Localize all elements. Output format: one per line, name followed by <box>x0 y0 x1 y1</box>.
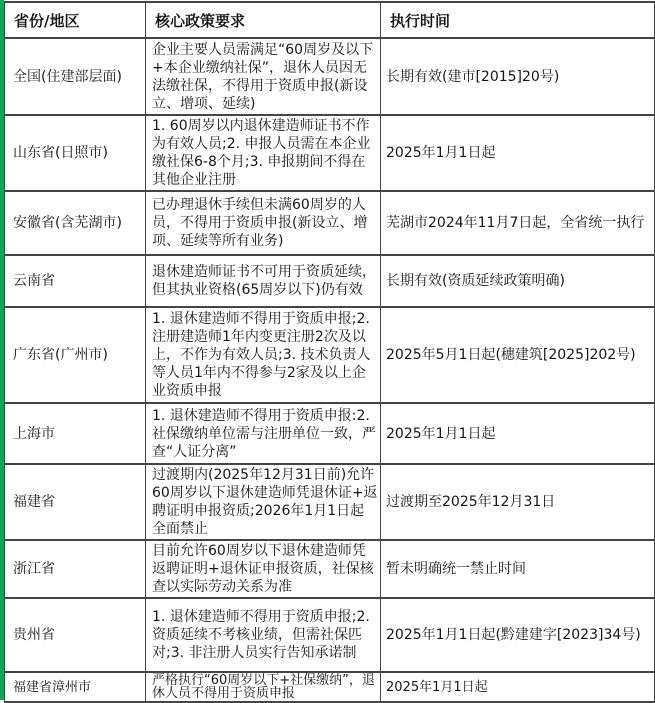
policy-cell: 目前允许60周岁以下退休建造师凭返聘证明+退休证申报资质，社保核查以实际劳动关系… <box>146 540 381 598</box>
region-cell: 安徽省(含芜湖市) <box>5 191 146 255</box>
table-row: 云南省 退休建造师证书不可用于资质延续，但其执业资格(65周岁以下)仍有效 长期… <box>5 255 655 307</box>
table-row: 广东省(广州市) 1. 退休建造师不得用于资质申报;2. 注册建造师1年内变更注… <box>5 307 655 403</box>
header-cell-time: 执行时间 <box>381 2 655 38</box>
table-row: 上海市 1. 退休建造师不得用于资质申报:2. 社保缴纳单位需与注册单位一致，严… <box>5 403 655 464</box>
policy-cell: 1. 60周岁以内退休建造师证书不作为有效人员;2. 申报人员需在本企业缴社保6… <box>146 115 381 191</box>
time-cell: 芜湖市2024年11月7日起，全省统一执行 <box>381 191 655 255</box>
policy-cell: 1. 退休建造师不得用于资质申报;2. 资质延续不考核业绩，但需社保匹对;3. … <box>146 598 381 672</box>
policy-cell: 已办理退休手续但未满60周岁的人员，不得用于资质申报(新设立、增项、延续等所有业… <box>146 191 381 255</box>
time-cell: 长期有效(建市[2015]20号) <box>381 38 655 115</box>
policy-cell: 1. 退休建造师不得用于资质申报:2. 社保缴纳单位需与注册单位一致，严查“人证… <box>146 403 381 464</box>
header-cell-region: 省份/地区 <box>5 2 146 38</box>
time-cell: 长期有效(资质延续政策明确) <box>381 255 655 307</box>
time-cell: 2025年5月1日起(穗建筑[2025]202号) <box>381 307 655 403</box>
time-cell: 暂未明确统一禁止时间 <box>381 540 655 598</box>
table-row: 福建省 过渡期内(2025年12月31日前)允许60周岁以下退休建造师凭退休证+… <box>5 464 655 540</box>
policy-cell: 严格执行“60周岁以下+社保缴纳”，退休人员不得用于资质申报 <box>146 672 381 700</box>
policy-cell: 企业主要人员需满足“60周岁及以下+本企业缴纳社保”，退休人员因无法缴社保，不得… <box>146 38 381 115</box>
table-row: 全国(住建部层面) 企业主要人员需满足“60周岁及以下+本企业缴纳社保”，退休人… <box>5 38 655 115</box>
time-cell: 2025年1月1日起(黔建建字[2023]34号) <box>381 598 655 672</box>
policy-cell: 退休建造师证书不可用于资质延续，但其执业资格(65周岁以下)仍有效 <box>146 255 381 307</box>
time-cell: 过渡期至2025年12月31日 <box>381 464 655 540</box>
time-cell: 2025年1月1日起 <box>381 672 655 700</box>
region-cell: 福建省 <box>5 464 146 540</box>
header-cell-policy: 核心政策要求 <box>146 2 381 38</box>
header-row: 省份/地区 核心政策要求 执行时间 <box>5 2 655 38</box>
region-cell: 浙江省 <box>5 540 146 598</box>
table-row: 安徽省(含芜湖市) 已办理退休手续但未满60周岁的人员，不得用于资质申报(新设立… <box>5 191 655 255</box>
region-cell: 全国(住建部层面) <box>5 38 146 115</box>
policy-table: 省份/地区 核心政策要求 执行时间 全国(住建部层面) 企业主要人员需满足“60… <box>4 1 655 700</box>
table-row: 浙江省 目前允许60周岁以下退休建造师凭返聘证明+退休证申报资质，社保核查以实际… <box>5 540 655 598</box>
time-cell: 2025年1月1日起 <box>381 403 655 464</box>
region-cell: 贵州省 <box>5 598 146 672</box>
time-cell: 2025年1月1日起 <box>381 115 655 191</box>
table-row: 山东省(日照市) 1. 60周岁以内退休建造师证书不作为有效人员;2. 申报人员… <box>5 115 655 191</box>
region-cell: 福建省漳州市 <box>5 672 146 700</box>
region-cell: 上海市 <box>5 403 146 464</box>
table-row: 福建省漳州市 严格执行“60周岁以下+社保缴纳”，退休人员不得用于资质申报 20… <box>5 672 655 700</box>
region-cell: 广东省(广州市) <box>5 307 146 403</box>
region-cell: 云南省 <box>5 255 146 307</box>
policy-cell: 1. 退休建造师不得用于资质申报;2. 注册建造师1年内变更注册2次及以上，不作… <box>146 307 381 403</box>
table-row: 贵州省 1. 退休建造师不得用于资质申报;2. 资质延续不考核业绩，但需社保匹对… <box>5 598 655 672</box>
policy-cell: 过渡期内(2025年12月31日前)允许60周岁以下退休建造师凭退休证+返聘证明… <box>146 464 381 540</box>
region-cell: 山东省(日照市) <box>5 115 146 191</box>
